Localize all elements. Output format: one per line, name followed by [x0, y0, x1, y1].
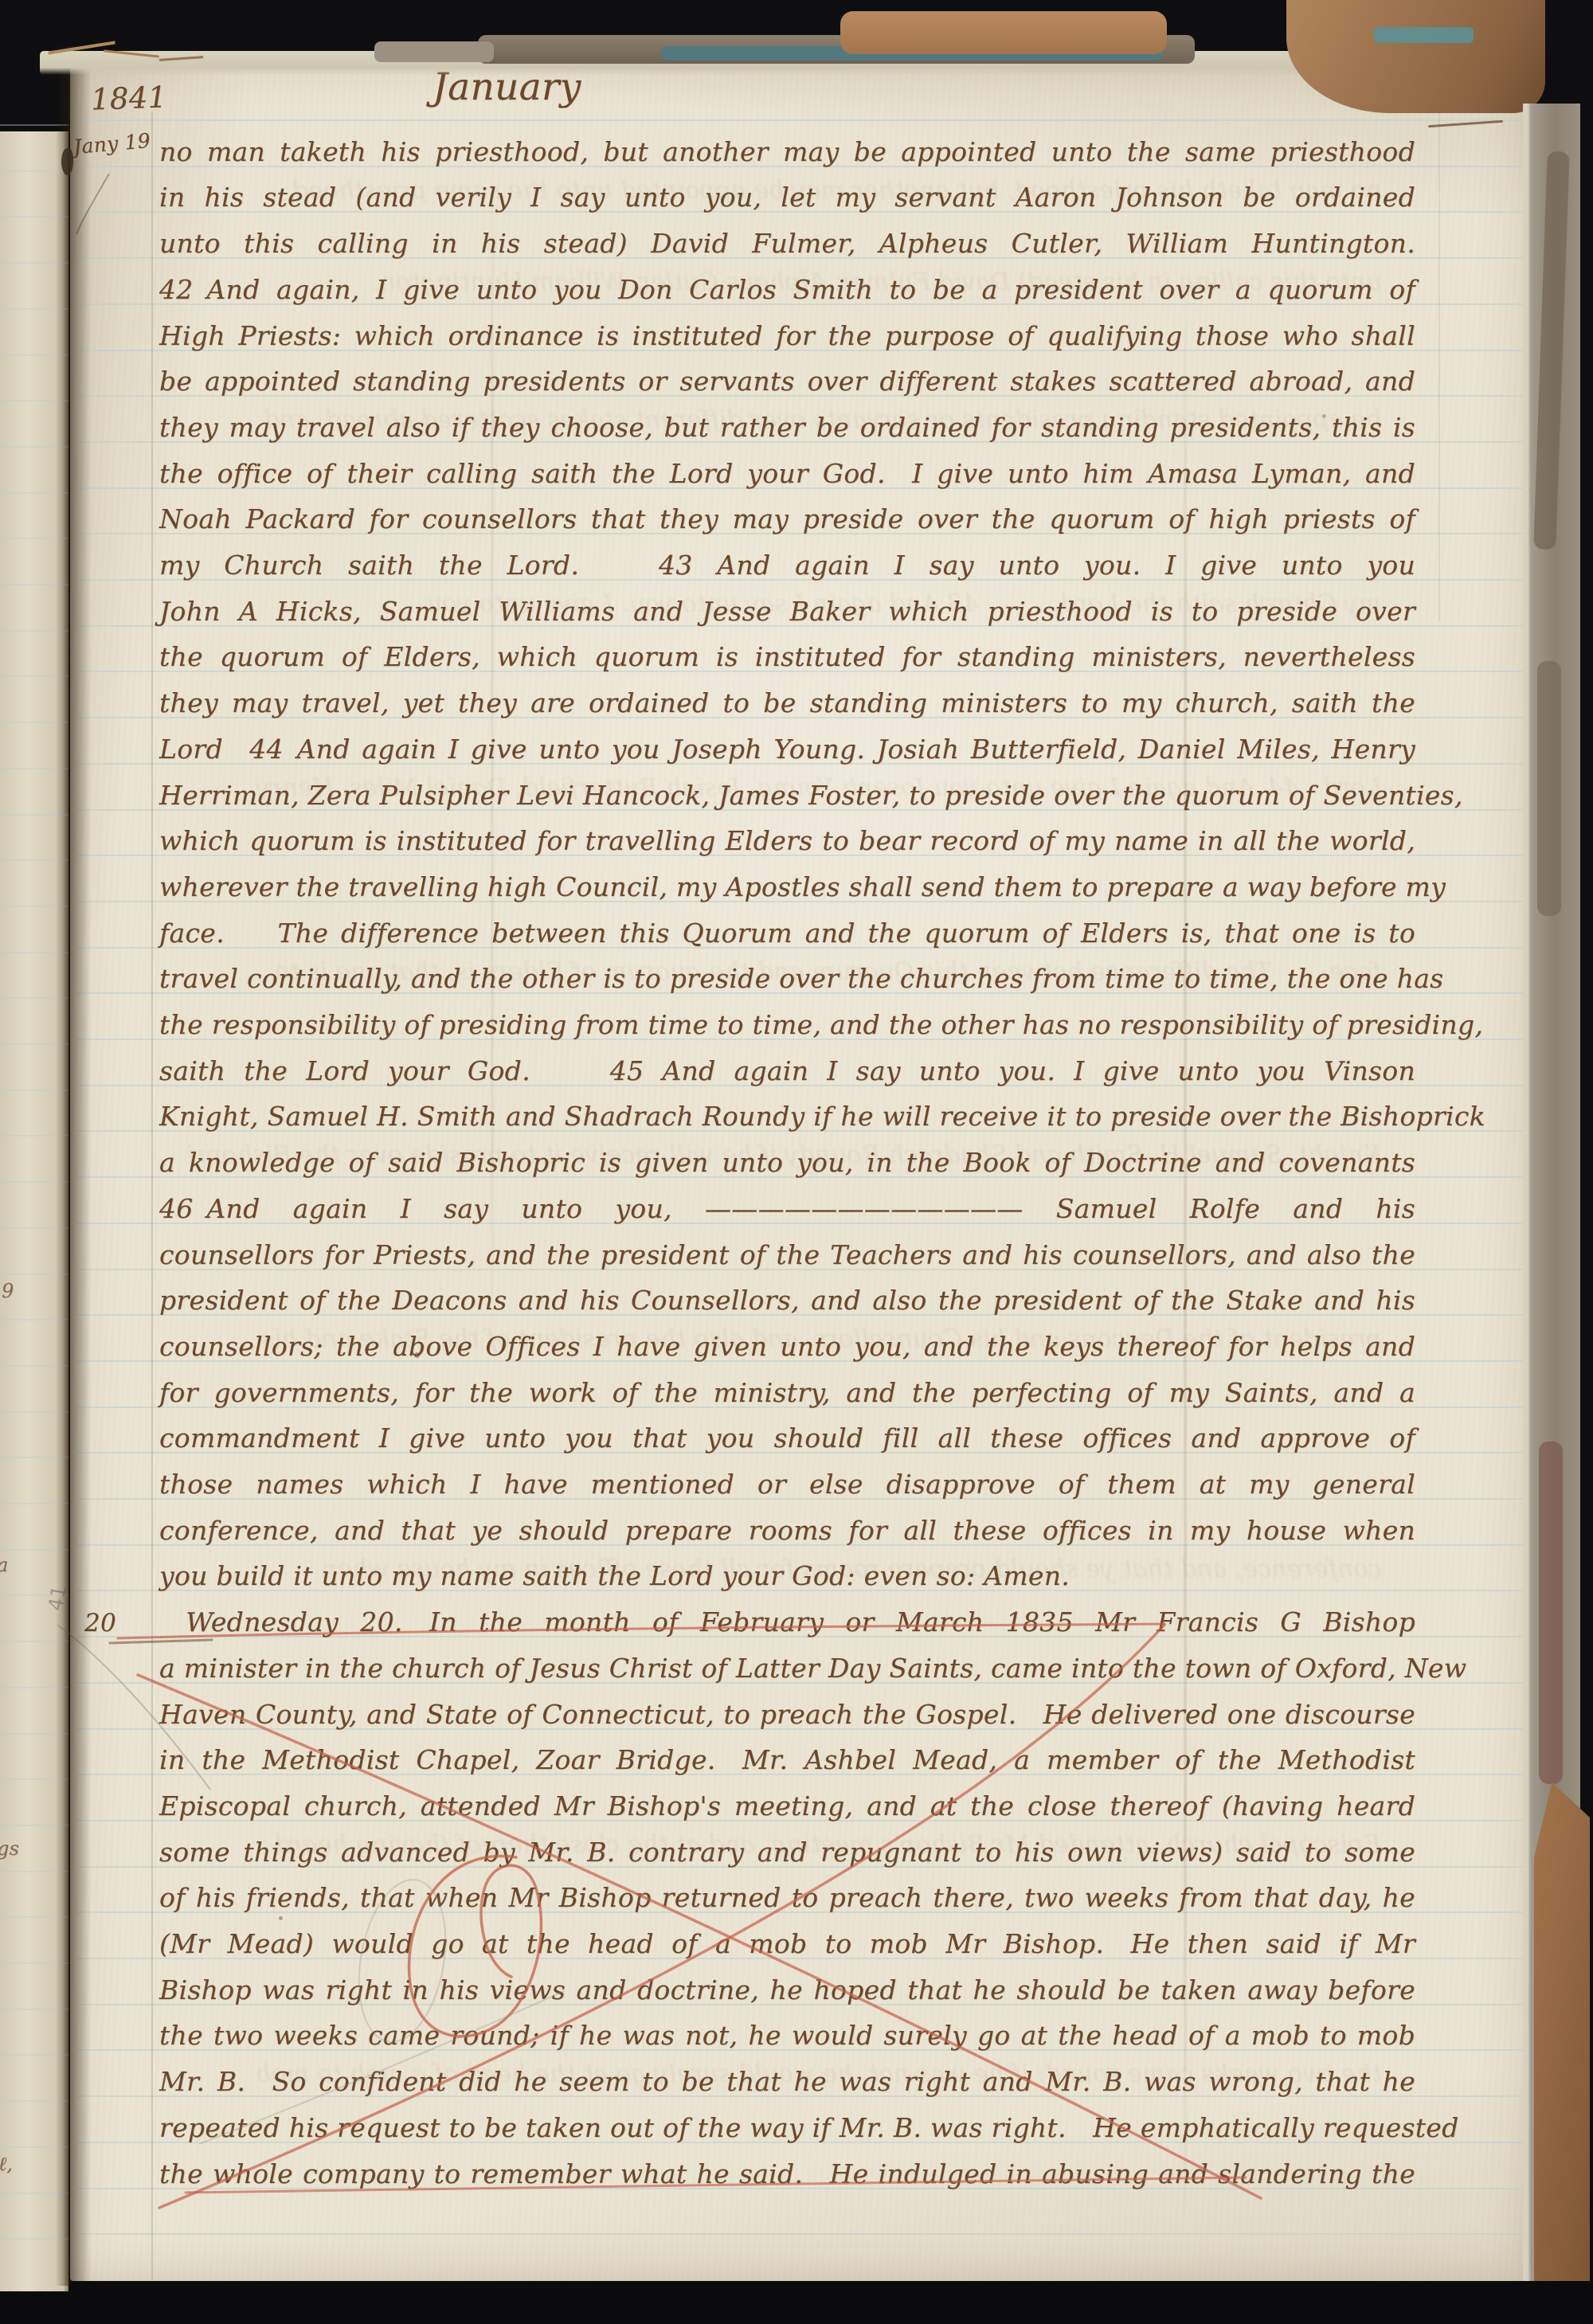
- gutter-shadow: [56, 46, 91, 2286]
- manuscript-line: unto this calling in his stead) David Fu…: [159, 223, 1415, 264]
- manuscript-line: (Mr Mead) would go at the head of a mob …: [159, 1923, 1415, 1965]
- fore-edge-marbling: [1533, 151, 1569, 550]
- ruled-line: [76, 119, 1523, 121]
- manuscript-line: travel continually, and the other is to …: [159, 958, 1415, 1000]
- manuscript-line: a knowledge of said Bishopric is given u…: [159, 1142, 1415, 1184]
- manuscript-line: Mr. B. So confident did he seem to be th…: [159, 2061, 1415, 2103]
- manuscript-line: Herriman, Zera Pulsipher Levi Hancock, J…: [159, 775, 1415, 816]
- gutter-ink-mark: ℓ,: [0, 2153, 13, 2176]
- background-below-page: [70, 2281, 1593, 2324]
- manuscript-line: counsellors; the above Offices I have gi…: [159, 1326, 1415, 1367]
- manuscript-line: they may travel, yet they are ordained t…: [159, 683, 1415, 724]
- manuscript-line: Knight, Samuel H. Smith and Shadrach Rou…: [159, 1096, 1415, 1137]
- manuscript-line: a minister in the church of Jesus Christ…: [159, 1648, 1415, 1689]
- book-corner-cover: [1286, 0, 1545, 113]
- manuscript-line: the office of their calling saith the Lo…: [159, 453, 1415, 495]
- manuscript-line: repeated his request to be taken out of …: [159, 2107, 1415, 2149]
- manuscript-line: 46 And again I say unto you, ———————————…: [159, 1188, 1415, 1230]
- manuscript-line: face. The difference between this Quorum…: [159, 913, 1415, 954]
- book-top-edge-pages: [374, 41, 494, 62]
- manuscript-line: conference, and that ye should prepare r…: [159, 1510, 1415, 1551]
- manuscript-line: which quorum is instituted for travellin…: [159, 820, 1415, 862]
- manuscript-line: president of the Deacons and his Counsel…: [159, 1280, 1415, 1321]
- manuscript-line: some things advanced by Mr. B. contrary …: [159, 1832, 1415, 1873]
- manuscript-line: be appointed standing presidents or serv…: [159, 361, 1415, 402]
- manuscript-line: Lord 44 And again I give unto you Joseph…: [159, 729, 1415, 770]
- manuscript-line: John A Hicks, Samuel Williams and Jesse …: [159, 591, 1415, 632]
- manuscript-line: the quorum of Elders, which quorum is in…: [159, 636, 1415, 678]
- manuscript-line: in the Methodist Chapel, Zoar Bridge. Mr…: [159, 1739, 1415, 1781]
- manuscript-line: those names which I have mentioned or el…: [159, 1464, 1415, 1505]
- manuscript-line: saith the Lord your God. 45 And again I …: [159, 1050, 1415, 1092]
- right-margin-rule: [1438, 112, 1440, 621]
- page-year: 1841: [90, 80, 167, 116]
- manuscript-line: the whole company to remember what he sa…: [159, 2154, 1415, 2195]
- gutter-ink-blot: [61, 148, 73, 175]
- manuscript-line: no man taketh his priesthood, but anothe…: [159, 131, 1415, 173]
- book-top-edge-cover: [840, 11, 1167, 54]
- left-margin-rule: [151, 112, 153, 2279]
- protruding-page-corner: [1534, 1782, 1590, 2283]
- manuscript-line: the responsibility of presiding from tim…: [159, 1004, 1415, 1046]
- manuscript-line: Wednesday 20. In the month of February o…: [159, 1602, 1415, 1643]
- gutter-ink-mark: a: [0, 1554, 9, 1576]
- background-below-page: [0, 2291, 70, 2324]
- manuscript-line: Bishop was right in his views and doctri…: [159, 1970, 1415, 2011]
- book-top-edge-marbling: [1374, 27, 1474, 43]
- manuscript-photo: 9 a gs ℓ, 1841 January 265 Jany 19 20 41…: [0, 0, 1593, 2324]
- manuscript-line: commandment I give unto you that you sho…: [159, 1418, 1415, 1459]
- manuscript-line: the two weeks came round; if he was not,…: [159, 2015, 1415, 2056]
- ruled-line: [76, 2233, 1523, 2235]
- manuscript-line: in his stead (and verily I say unto you,…: [159, 177, 1415, 218]
- fore-edge-marbling: [1539, 1442, 1563, 1784]
- gutter-ink-mark: gs: [0, 1837, 19, 1860]
- manuscript-line: High Priests: which ordinance is institu…: [159, 315, 1415, 357]
- manuscript-line: Noah Packard for counsellors that they m…: [159, 499, 1415, 540]
- manuscript-line: my Church saith the Lord. 43 And again I…: [159, 545, 1415, 586]
- manuscript-line: counsellors for Priests, and the preside…: [159, 1234, 1415, 1276]
- manuscript-line: you build it unto my name saith the Lord…: [159, 1555, 956, 1597]
- manuscript-line: for governments, for the work of the min…: [159, 1372, 1415, 1414]
- manuscript-line: wherever the travelling high Council, my…: [159, 867, 1415, 908]
- gutter-ink-mark: 9: [2, 1280, 14, 1302]
- manuscript-line: 42 And again, I give unto you Don Carlos…: [159, 269, 1415, 311]
- manuscript-line: of his friends, that when Mr Bishop retu…: [159, 1877, 1415, 1919]
- manuscript-line: they may travel also if they choose, but…: [159, 407, 1415, 448]
- fore-edge-marbling: [1537, 661, 1561, 916]
- manuscript-line: Haven County, and State of Connecticut, …: [159, 1694, 1415, 1735]
- manuscript-line: Episcopal church, attended Mr Bishop's m…: [159, 1786, 1415, 1827]
